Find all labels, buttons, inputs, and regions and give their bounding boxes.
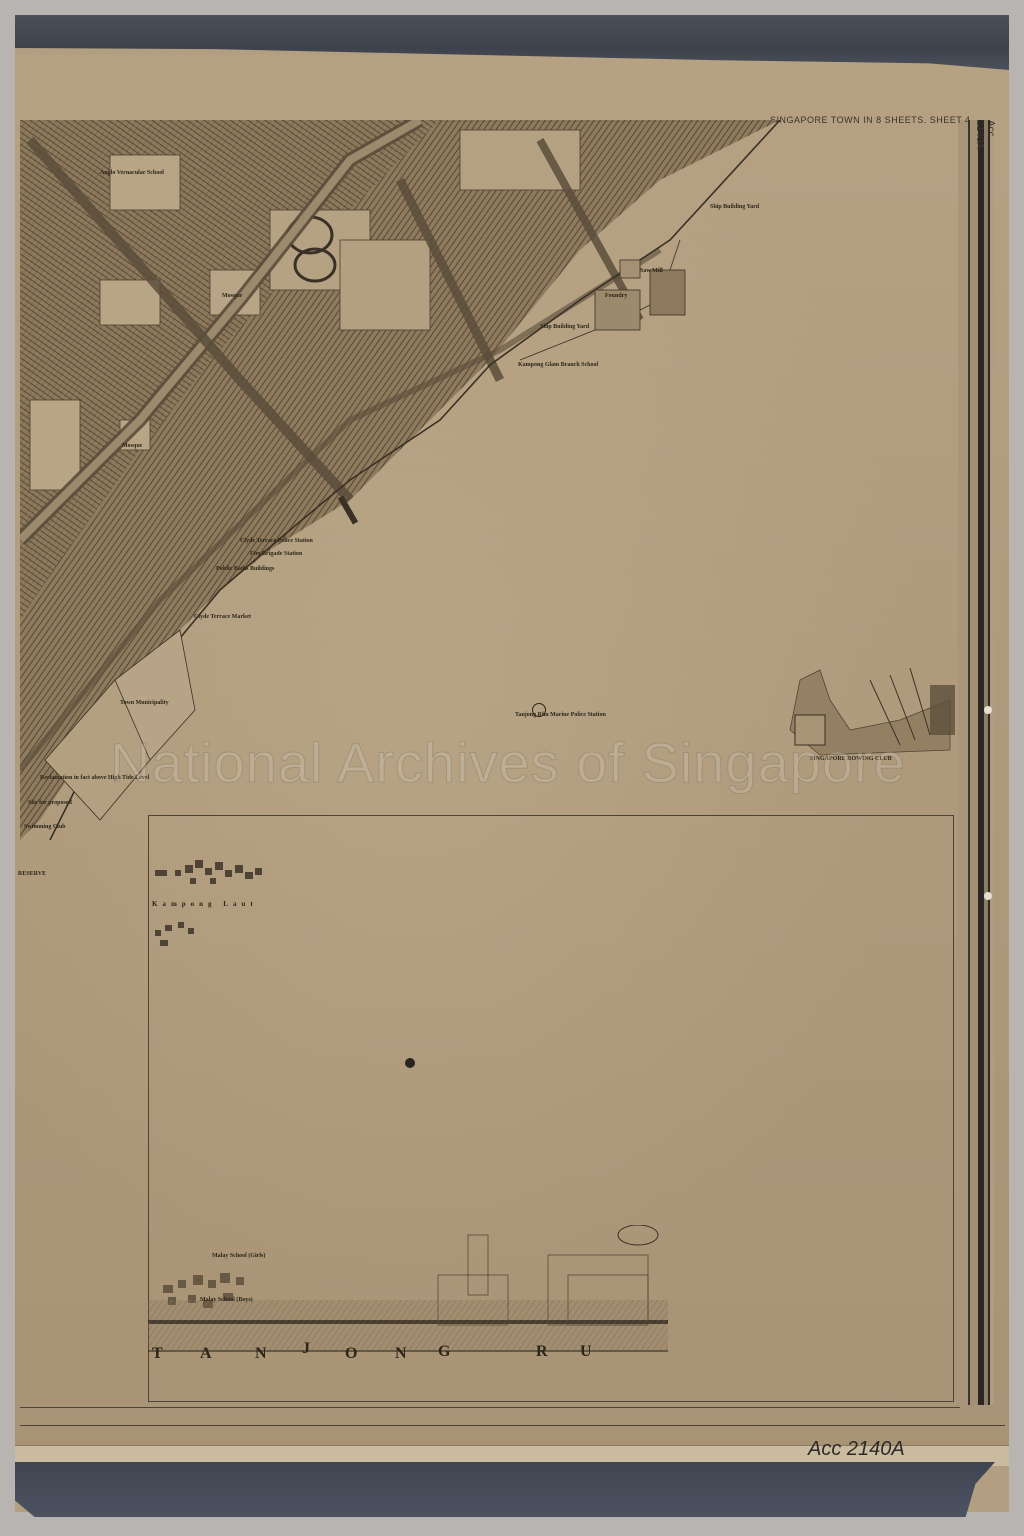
label-reserve: RESERVE	[18, 871, 46, 877]
label-clyde-terrace-police-station: Clyde Terrace Police Station	[240, 538, 313, 544]
ink-stain	[405, 1058, 415, 1068]
inset-letter-g: G	[438, 1343, 450, 1361]
bottom-tape-binding	[15, 1462, 995, 1517]
label-tanjong-rhu-marine-police: Tanjong Rhu Marine Police Station	[515, 712, 606, 718]
label-mosque-2: Mosque	[122, 443, 142, 449]
inset-letter-o: O	[345, 1345, 357, 1363]
sheet-title: SINGAPORE TOWN IN 8 SHEETS. SHEET 4	[770, 115, 971, 125]
label-malay-school-boys: Malay School (Boys)	[200, 1297, 253, 1303]
inset-letter-a: A	[200, 1345, 212, 1363]
label-site-for-proposed: Site for proposed	[28, 800, 72, 806]
map-neatline-border	[958, 120, 994, 1405]
label-ship-building-yard-2: Ship Building Yard	[540, 324, 589, 330]
label-kampong-laut: Kampong Laut	[152, 900, 258, 908]
accession-vertical: Acc 2140A	[974, 120, 996, 149]
label-malay-school-girls: Malay School (Girls)	[212, 1253, 265, 1259]
punch-hole-2	[984, 892, 992, 900]
inset-letter-n: N	[255, 1345, 267, 1363]
inset-letter-n2: N	[395, 1345, 407, 1363]
inset-letter-u: U	[580, 1343, 592, 1361]
frame-bottom-line	[20, 1407, 960, 1408]
inset-letter-j: J	[302, 1340, 310, 1358]
label-ship-building-yard-1: Ship Building Yard	[710, 204, 759, 210]
punch-hole	[984, 706, 992, 714]
accession-number: Acc 2140A	[808, 1438, 905, 1461]
label-mosque-1: Mosque	[222, 293, 242, 299]
archive-watermark: National Archives of Singapore	[110, 730, 906, 795]
frame-bottom-line-2	[20, 1425, 1005, 1426]
label-anglo-vernacular-school: Anglo Vernacular School	[100, 170, 164, 176]
compass-rose-icon	[532, 703, 546, 717]
label-public-baths: Public Baths Buildings	[216, 566, 274, 572]
label-fire-brigade-station: Fire Brigade Station	[250, 551, 302, 557]
label-saw-mill: Saw Mill	[640, 268, 663, 274]
inset-letter-r: R	[536, 1343, 548, 1361]
inset-letter-t: T	[152, 1345, 163, 1363]
label-foundry: Foundry	[605, 293, 627, 299]
label-swimming-club: Swimming Club	[24, 824, 66, 830]
label-clyde-terrace-market: Clyde Terrace Market	[194, 614, 251, 620]
label-kampong-glam-branch-school: Kampong Glam Branch School	[518, 362, 598, 368]
label-town-municipality: Town Municipality	[120, 700, 169, 706]
